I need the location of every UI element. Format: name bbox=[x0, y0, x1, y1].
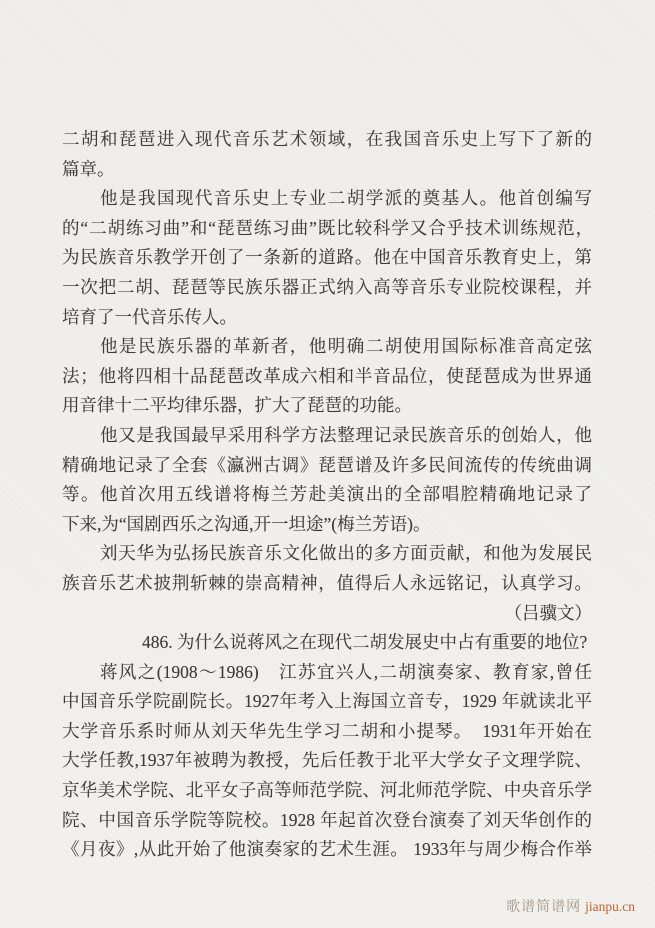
text-line: 院、中国音乐学院等院校。1928 年起首次登台演奏了刘天华创作的 bbox=[62, 806, 592, 836]
text-line: 培育了一代音乐传人。 bbox=[62, 303, 592, 333]
text-line: 蒋风之(1908～1986) 江苏宜兴人,二胡演奏家、教育家,曾任 bbox=[62, 658, 592, 688]
watermark-site-name: 歌谱简谱网 bbox=[506, 900, 581, 915]
text-line: 精确地记录了全套《瀛洲古调》琵琶谱及许多民间流传的传统曲调 bbox=[62, 451, 592, 481]
text-line: 《月夜》,从此开始了他演奏家的艺术生涯。 1933年与周少梅合作举 bbox=[62, 835, 592, 865]
text-line: 他是我国现代音乐史上专业二胡学派的奠基人。他首创编写 bbox=[62, 184, 592, 214]
text-line: 他又是我国最早采用科学方法整理记录民族音乐的创始人，他 bbox=[62, 421, 592, 451]
text-line: 的“二胡练习曲”和“琵琶练习曲”既比较科学又合乎技术训练规范， bbox=[62, 214, 592, 244]
text-line: 大学音乐系时师从刘天华先生学习二胡和小提琴。 1931年开始在 bbox=[62, 717, 592, 747]
watermark-site-url: jianpu.cn bbox=[585, 899, 635, 914]
text-line: 族音乐艺术披荆斩棘的崇高精神，值得后人永远铭记，认真学习。 bbox=[62, 569, 592, 599]
text-line: 下来,为“国剧西乐之沟通,开一坦途”(梅兰芳语)。 bbox=[62, 510, 592, 540]
text-line: 486. 为什么说蒋风之在现代二胡发展史中占有重要的地位? bbox=[62, 628, 592, 658]
text-line: 为民族音乐教学开创了一条新的道路。他在中国音乐教育史上，第 bbox=[62, 243, 592, 273]
text-line: 二胡和琵琶进入现代音乐艺术领域，在我国音乐史上写下了新的 bbox=[62, 125, 592, 155]
text-line: 用音律十二平均律乐器，扩大了琵琶的功能。 bbox=[62, 391, 592, 421]
text-line: 京华美术学院、北平女子高等师范学院、河北师范学院、中央音乐学 bbox=[62, 776, 592, 806]
scanned-book-page: { "page": { "background_color": "#f1f0ec… bbox=[0, 0, 655, 928]
text-line: 大学任教,1937年被聘为教授，先后任教于北平大学女子文理学院、 bbox=[62, 746, 592, 776]
text-line: 法；他将四相十品琵琶改革成六相和半音品位，使琵琶成为世界通 bbox=[62, 362, 592, 392]
text-line: （吕骥文） bbox=[62, 599, 592, 629]
text-line: 中国音乐学院副院长。1927年考入上海国立音专，1929 年就读北平 bbox=[62, 687, 592, 717]
text-line: 一次把二胡、琵琶等民族乐器正式纳入高等音乐专业院校课程，并 bbox=[62, 273, 592, 303]
text-line: 刘天华为弘扬民族音乐文化做出的多方面贡献，和他为发展民 bbox=[62, 539, 592, 569]
text-line: 他是民族乐器的革新者，他明确二胡使用国际标准音高定弦 bbox=[62, 332, 592, 362]
page-text-block: 二胡和琵琶进入现代音乐艺术领域，在我国音乐史上写下了新的篇章。他是我国现代音乐史… bbox=[62, 125, 592, 865]
text-line: 等。他首次用五线谱将梅兰芳赴美演出的全部唱腔精确地记录了 bbox=[62, 480, 592, 510]
text-line: 篇章。 bbox=[62, 155, 592, 185]
watermark: 歌谱简谱网jianpu.cn bbox=[506, 898, 635, 917]
